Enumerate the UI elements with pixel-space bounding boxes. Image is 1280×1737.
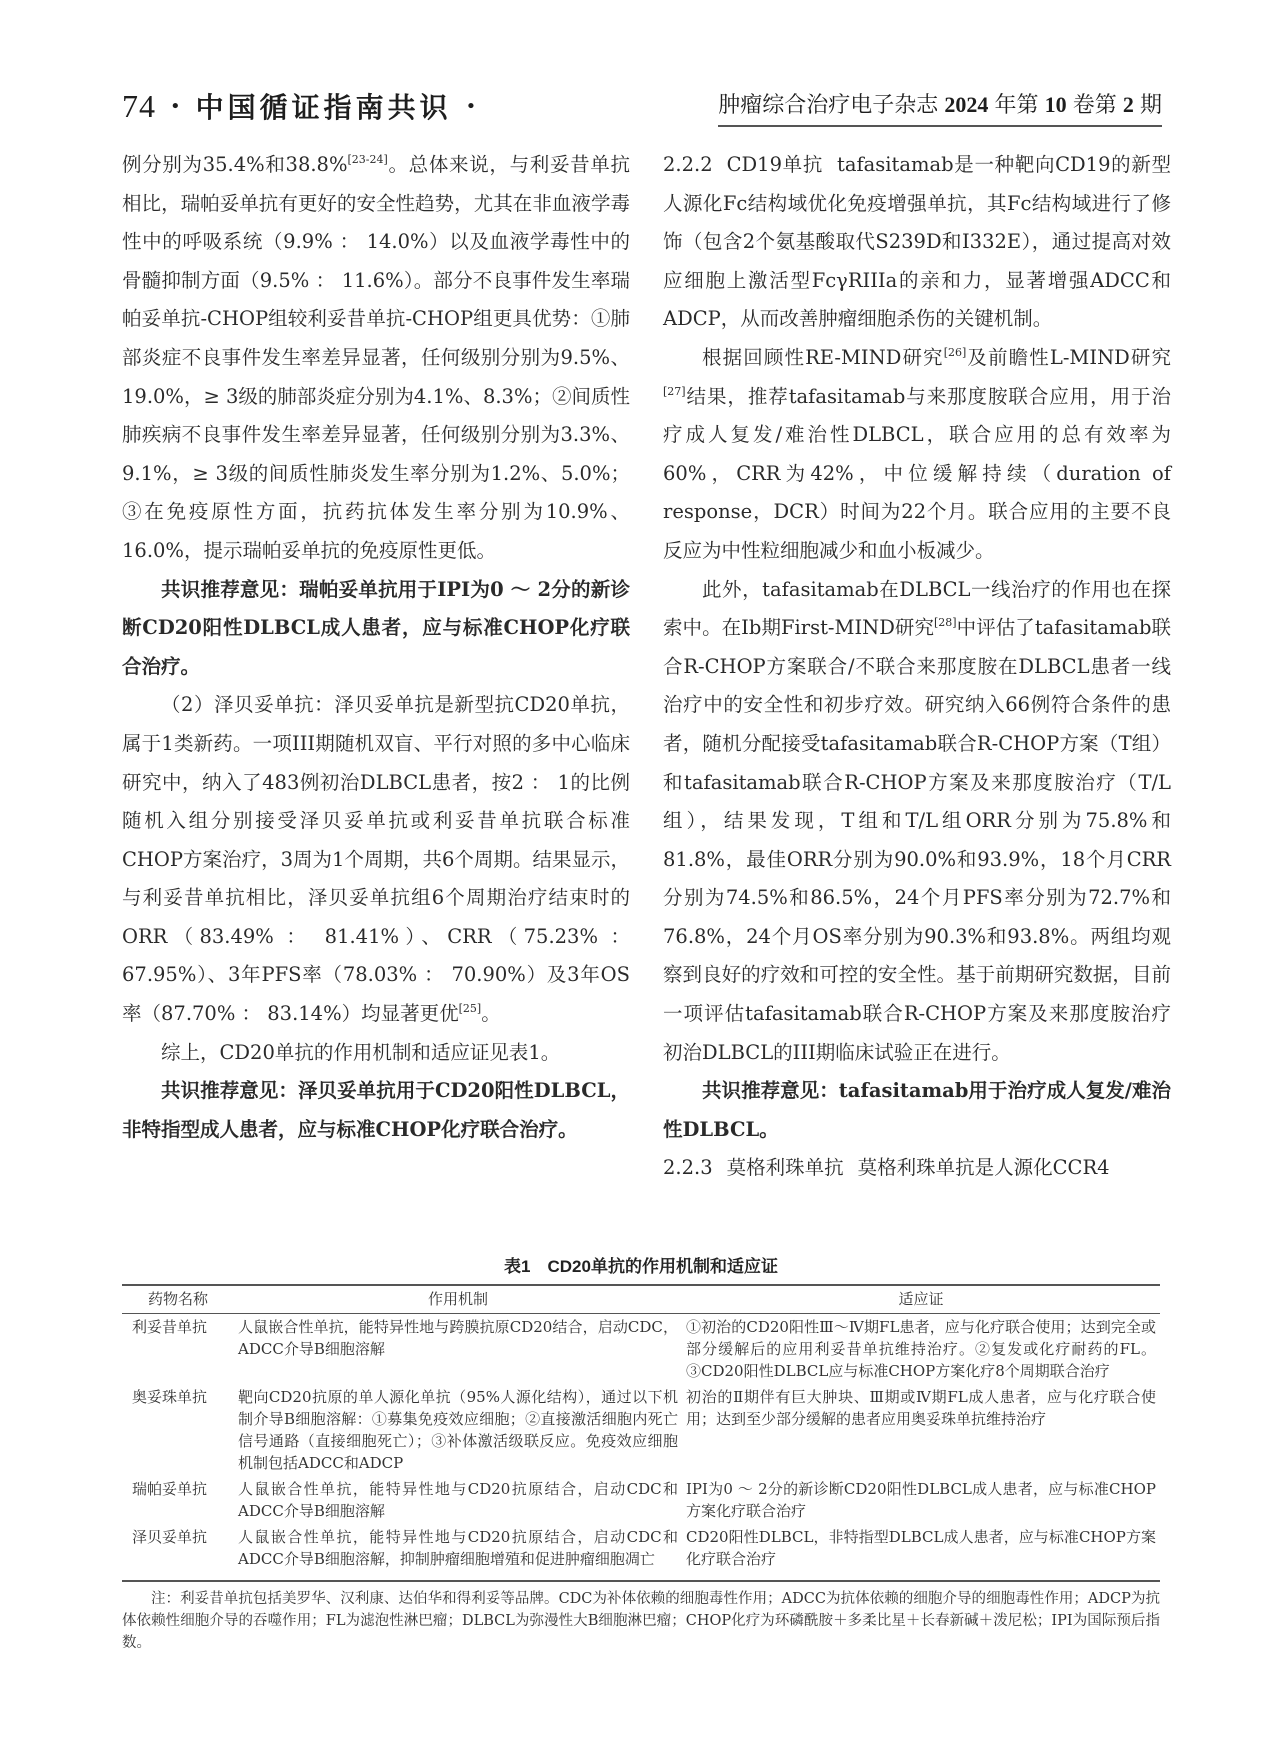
journal-info: 肿瘤综合治疗电子杂志 2024 年第 10 卷第 2 期 <box>718 88 1162 127</box>
consensus-recommendation: 共识推荐意见：tafasitamab用于治疗成人复发/难治性DLBCL。 <box>663 1072 1171 1149</box>
cd20-table: 药物名称 作用机制 适应证 利妥昔单抗 人鼠嵌合性单抗，能特异性地与跨膜抗原CD… <box>122 1284 1160 1582</box>
table-row: 利妥昔单抗 人鼠嵌合性单抗，能特异性地与跨膜抗原CD20结合，启动CDC，ADC… <box>122 1314 1160 1385</box>
mechanism-cell: 靶向CD20抗原的单人源化单抗（95%人源化结构），通过以下机制介导B细胞溶解：… <box>234 1384 682 1476</box>
paragraph: 根据回顾性RE-MIND研究[26]及前瞻性L-MIND研究[27]结果，推荐t… <box>663 339 1171 571</box>
citation[interactable]: [27] <box>663 385 686 398</box>
table-caption: 表1 CD20单抗的作用机制和适应证 <box>122 1256 1160 1278</box>
paragraph-text: 中评估了tafasitamab联合R-CHOP方案联合/不联合来那度胺在DLBC… <box>663 616 1171 1064</box>
mechanism-cell: 人鼠嵌合性单抗，能特异性地与CD20抗原结合，启动CDC和ADCC介导B细胞溶解 <box>234 1476 682 1524</box>
paragraph: 此外，tafasitamab在DLBCL一线治疗的作用也在探索中。在Ⅰb期Fir… <box>663 571 1171 1073</box>
section-number: 2.2.2 <box>663 153 713 176</box>
citation[interactable]: [26] <box>944 346 967 359</box>
indication-cell: CD20阳性DLBCL，非特指型DLBCL成人患者，应与标准CHOP方案化疗联合… <box>682 1524 1160 1581</box>
journal-issue: 2 <box>1123 92 1134 117</box>
paragraph-text: 结果，推荐tafasitamab与来那度胺联合应用，用于治疗成人复发/难治性DL… <box>663 385 1171 562</box>
drug-name: 利妥昔单抗 <box>122 1314 234 1385</box>
table-row: 瑞帕妥单抗 人鼠嵌合性单抗，能特异性地与CD20抗原结合，启动CDC和ADCC介… <box>122 1476 1160 1524</box>
column-header-mechanism: 作用机制 <box>234 1285 682 1314</box>
citation[interactable]: [25] <box>459 1002 482 1015</box>
table-header-row: 药物名称 作用机制 适应证 <box>122 1285 1160 1314</box>
section-heading: CD19单抗 <box>727 153 823 176</box>
column-header-drug: 药物名称 <box>122 1285 234 1314</box>
paragraph: 例分别为35.4%和38.8%[23-24]。总体来说，与利妥昔单抗相比，瑞帕妥… <box>122 146 630 571</box>
page-header: 74 • 中国循证指南共识 • 肿瘤综合治疗电子杂志 2024 年第 10 卷第… <box>122 86 1162 130</box>
section-2-2-2: 2.2.2CD19单抗tafasitamab是一种靶向CD19的新型人源化Fc结… <box>663 146 1171 339</box>
section-title: 中国循证指南共识 <box>196 86 452 126</box>
paragraph: 综上，CD20单抗的作用机制和适应证见表1。 <box>122 1034 630 1073</box>
paragraph-text: 例分别为35.4%和38.8% <box>122 153 348 176</box>
table-row: 泽贝妥单抗 人鼠嵌合性单抗，能特异性地与CD20抗原结合，启动CDC和ADCC介… <box>122 1524 1160 1581</box>
citation[interactable]: [23-24] <box>348 153 388 166</box>
issue-suffix: 期 <box>1140 92 1162 117</box>
paragraph-text: （2）泽贝妥单抗：泽贝妥单抗是新型抗CD20单抗，属于1类新药。一项III期随机… <box>122 693 630 1025</box>
drug-name: 奥妥珠单抗 <box>122 1384 234 1476</box>
consensus-recommendation: 共识推荐意见：泽贝妥单抗用于CD20阳性DLBCL，非特指型成人患者，应与标准C… <box>122 1072 630 1149</box>
page-number: 74 <box>122 88 156 125</box>
table-1: 表1 CD20单抗的作用机制和适应证 药物名称 作用机制 适应证 利妥昔单抗 人… <box>122 1256 1160 1654</box>
journal-volume: 10 <box>1045 92 1067 117</box>
paragraph-text: tafasitamab是一种靶向CD19的新型人源化Fc结构域优化免疫增强单抗，… <box>663 153 1171 330</box>
drug-name: 泽贝妥单抗 <box>122 1524 234 1581</box>
section-heading: 莫格利珠单抗 <box>727 1156 844 1179</box>
section-number: 2.2.3 <box>663 1156 713 1179</box>
journal-name: 肿瘤综合治疗电子杂志 <box>718 92 938 117</box>
paragraph-text: 及前瞻性L-MIND研究 <box>966 346 1171 369</box>
column-header-indication: 适应证 <box>682 1285 1160 1314</box>
volume-suffix: 卷第 <box>1073 92 1117 117</box>
mechanism-cell: 人鼠嵌合性单抗，能特异性地与CD20抗原结合，启动CDC和ADCC介导B细胞溶解… <box>234 1524 682 1581</box>
right-column: 2.2.2CD19单抗tafasitamab是一种靶向CD19的新型人源化Fc结… <box>663 146 1171 1188</box>
table-row: 奥妥珠单抗 靶向CD20抗原的单人源化单抗（95%人源化结构），通过以下机制介导… <box>122 1384 1160 1476</box>
section-2-2-3: 2.2.3莫格利珠单抗莫格利珠单抗是人源化CCR4 <box>663 1149 1171 1188</box>
bullet-icon: • <box>170 96 182 117</box>
bullet-icon: • <box>466 96 478 117</box>
header-left: 74 • 中国循证指南共识 • <box>122 86 477 126</box>
consensus-recommendation: 共识推荐意见：瑞帕妥单抗用于IPI为0 ～ 2分的新诊断CD20阳性DLBCL成… <box>122 571 630 687</box>
indication-cell: ①初治的CD20阳性Ⅲ～Ⅳ期FL患者，应与化疗联合使用；达到完全或部分缓解后的应… <box>682 1314 1160 1385</box>
paragraph: （2）泽贝妥单抗：泽贝妥单抗是新型抗CD20单抗，属于1类新药。一项III期随机… <box>122 686 630 1033</box>
drug-name: 瑞帕妥单抗 <box>122 1476 234 1524</box>
year-suffix: 年第 <box>994 92 1038 117</box>
journal-year: 2024 <box>944 92 988 117</box>
indication-cell: IPI为0 ～ 2分的新诊断CD20阳性DLBCL成人患者，应与标准CHOP方案… <box>682 1476 1160 1524</box>
paragraph-text: 。总体来说，与利妥昔单抗相比，瑞帕妥单抗有更好的安全性趋势，尤其在非血液学毒性中… <box>122 153 630 562</box>
indication-cell: 初治的Ⅱ期伴有巨大肿块、Ⅲ期或Ⅳ期FL成人患者，应与化疗联合使用；达到至少部分缓… <box>682 1384 1160 1476</box>
paragraph-text: 莫格利珠单抗是人源化CCR4 <box>858 1156 1110 1179</box>
paragraph-text: 。 <box>481 1002 501 1025</box>
paragraph-text: 根据回顾性RE-MIND研究 <box>702 346 944 369</box>
table-note: 注：利妥昔单抗包括美罗华、汉利康、达伯华和得利妥等品牌。CDC为补体依赖的细胞毒… <box>122 1588 1160 1654</box>
citation[interactable]: [28] <box>934 616 957 629</box>
mechanism-cell: 人鼠嵌合性单抗，能特异性地与跨膜抗原CD20结合，启动CDC，ADCC介导B细胞… <box>234 1314 682 1385</box>
left-column: 例分别为35.4%和38.8%[23-24]。总体来说，与利妥昔单抗相比，瑞帕妥… <box>122 146 630 1149</box>
